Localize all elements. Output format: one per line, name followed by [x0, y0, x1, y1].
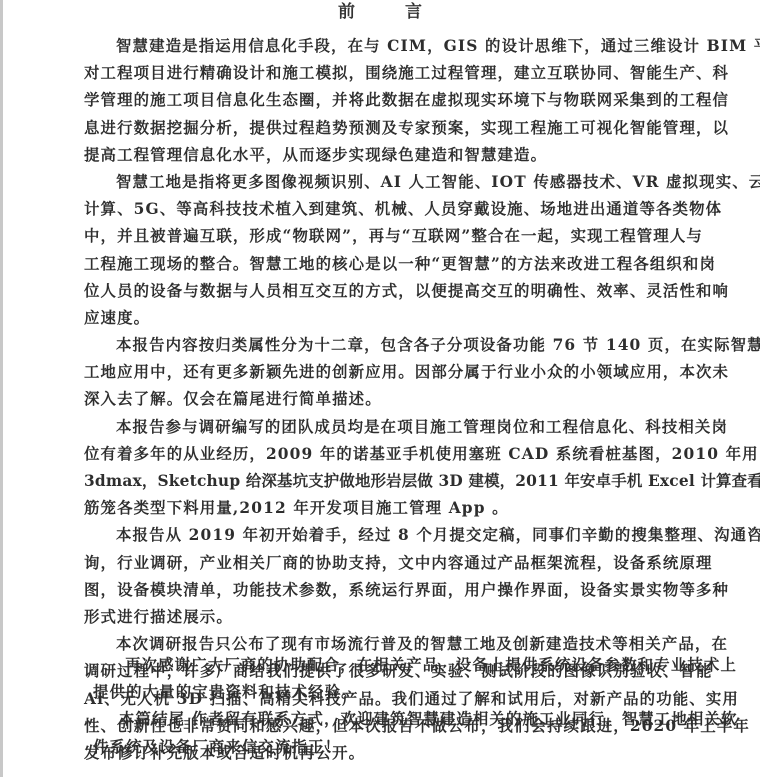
- page-title: 前 言: [0, 1, 760, 23]
- paragraph-report-timeline: 本报告从 2019 年初开始着手，经过 8 个月提交定稿，同事们辛勤的搜集整理、…: [84, 522, 702, 631]
- text-line: 提供的大量的宝贵资料和技术经验。: [93, 679, 705, 706]
- text-line: 件系统及设备厂商来信交流指正！: [93, 734, 705, 761]
- text-line: 息进行数据挖掘分析，提供过程趋势预测及专家预案，实现工程施工可视化智能管理，以: [84, 115, 702, 142]
- text-line: 筋笼各类型下料用量,2012 年开发项目施工管理 App 。: [84, 495, 702, 522]
- paragraph-report-structure: 本报告内容按归类属性分为十二章，包含各子分项设备功能 76 节 140 页，在实…: [84, 332, 702, 414]
- paragraph-team-background: 本报告参与调研编写的团队成员均是在项目施工管理岗位和工程信息化、科技相关岗 位有…: [84, 414, 702, 523]
- text-line: 图，设备模块清单，功能技术参数，系统运行界面，用户操作界面，设备实景实物等多种: [84, 577, 702, 604]
- text-line: 智慧建造是指运用信息化手段，在与 CIM，GIS 的设计思维下，通过三维设计 B…: [84, 33, 702, 60]
- text-line: 形式进行描述展示。: [84, 604, 702, 631]
- page-left-border: [0, 0, 3, 777]
- text-line: 对工程项目进行精确设计和施工模拟，围绕施工过程管理，建立互联协同、智能生产、科: [84, 60, 702, 87]
- text-line: 本篇结尾 作者留有联系方式，欢迎建筑智慧建造相关的施工业同行，智慧工地相关软: [93, 706, 705, 733]
- text-line: 工地应用中，还有更多新颖先进的创新应用。因部分属于行业小众的小领域应用，本次未: [84, 359, 702, 386]
- text-line: 深入去了解。仅会在篇尾进行简单描述。: [84, 386, 702, 413]
- paragraph-closing: 本篇结尾 作者留有联系方式，欢迎建筑智慧建造相关的施工业同行，智慧工地相关软 件…: [93, 706, 705, 760]
- text-line: 位有着多年的从业经历，2009 年的诺基亚手机使用塞班 CAD 系统看桩基图，2…: [84, 441, 702, 468]
- paragraph-acknowledgement: 再次感谢广大厂商的协助配合，在相关产品、设备上提供系统设备参数和专业技术上 提供…: [93, 652, 705, 706]
- text-line: 提高工程管理信息化水平，从而逐步实现绿色建造和智慧建造。: [84, 142, 702, 169]
- text-line: 学管理的施工项目信息化生态圈，并将此数据在虚拟现实环境下与物联网采集到的工程信: [84, 87, 702, 114]
- text-line: 工程施工现场的整合。智慧工地的核心是以一种“更智慧”的方法来改进工程各组织和岗: [84, 251, 702, 278]
- text-line: 计算、5G、等高科技技术植入到建筑、机械、人员穿戴设施、场地进出通道等各类物体: [84, 196, 702, 223]
- text-line: 本报告内容按归类属性分为十二章，包含各子分项设备功能 76 节 140 页，在实…: [84, 332, 702, 359]
- text-line: 本报告参与调研编写的团队成员均是在项目施工管理岗位和工程信息化、科技相关岗: [84, 414, 702, 441]
- text-line: 询，行业调研，产业相关厂商的协助支持，文中内容通过产品框架流程，设备系统原理: [84, 550, 702, 577]
- text-line: 应速度。: [84, 305, 702, 332]
- paragraph-smart-construction: 智慧建造是指运用信息化手段，在与 CIM，GIS 的设计思维下，通过三维设计 B…: [84, 33, 702, 169]
- text-line: 再次感谢广大厂商的协助配合，在相关产品、设备上提供系统设备参数和专业技术上: [93, 652, 705, 679]
- text-line: 本报告从 2019 年初开始着手，经过 8 个月提交定稿，同事们辛勤的搜集整理、…: [84, 522, 702, 549]
- text-line: 智慧工地是指将更多图像视频识别、AI 人工智能、IOT 传感器技术、VR 虚拟现…: [84, 169, 702, 196]
- paragraph-smart-site: 智慧工地是指将更多图像视频识别、AI 人工智能、IOT 传感器技术、VR 虚拟现…: [84, 169, 702, 332]
- text-line: 中，并且被普遍互联，形成“物联网”，再与“互联网”整合在一起，实现工程管理人与: [84, 223, 702, 250]
- text-line: 位人员的设备与数据与人员相互交互的方式，以便提高交互的明确性、效率、灵活性和响: [84, 278, 702, 305]
- preface-closing: 再次感谢广大厂商的协助配合，在相关产品、设备上提供系统设备参数和专业技术上 提供…: [93, 652, 705, 761]
- text-line: 3dmax，Sketchup 给深基坑支护做地形岩层做 3D 建模，2011 年…: [84, 468, 702, 495]
